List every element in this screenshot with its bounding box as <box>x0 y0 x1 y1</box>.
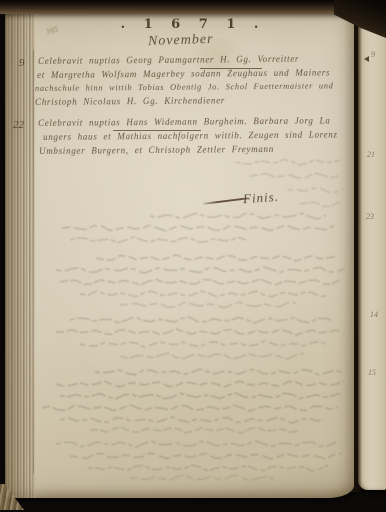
underline-widemann <box>113 130 201 131</box>
underline-paumgartner <box>200 68 262 69</box>
book-binding-top <box>0 0 386 14</box>
margin-rule-line <box>33 50 34 474</box>
entry-line: Umbsinger Burgern, et Christoph Zettler … <box>39 144 274 156</box>
entry-day-number: 9 <box>19 57 25 69</box>
entry-day-number: 22 <box>13 119 24 131</box>
manuscript-photo: 9 21 23 14 15 . 1 6 7 1 . November 165 9… <box>0 0 386 512</box>
month-heading: November <box>148 32 214 50</box>
entry-line: Christoph Nicolaus H. Gg. Kirchendiener <box>35 95 225 107</box>
finis-label: Finis. <box>242 189 279 207</box>
